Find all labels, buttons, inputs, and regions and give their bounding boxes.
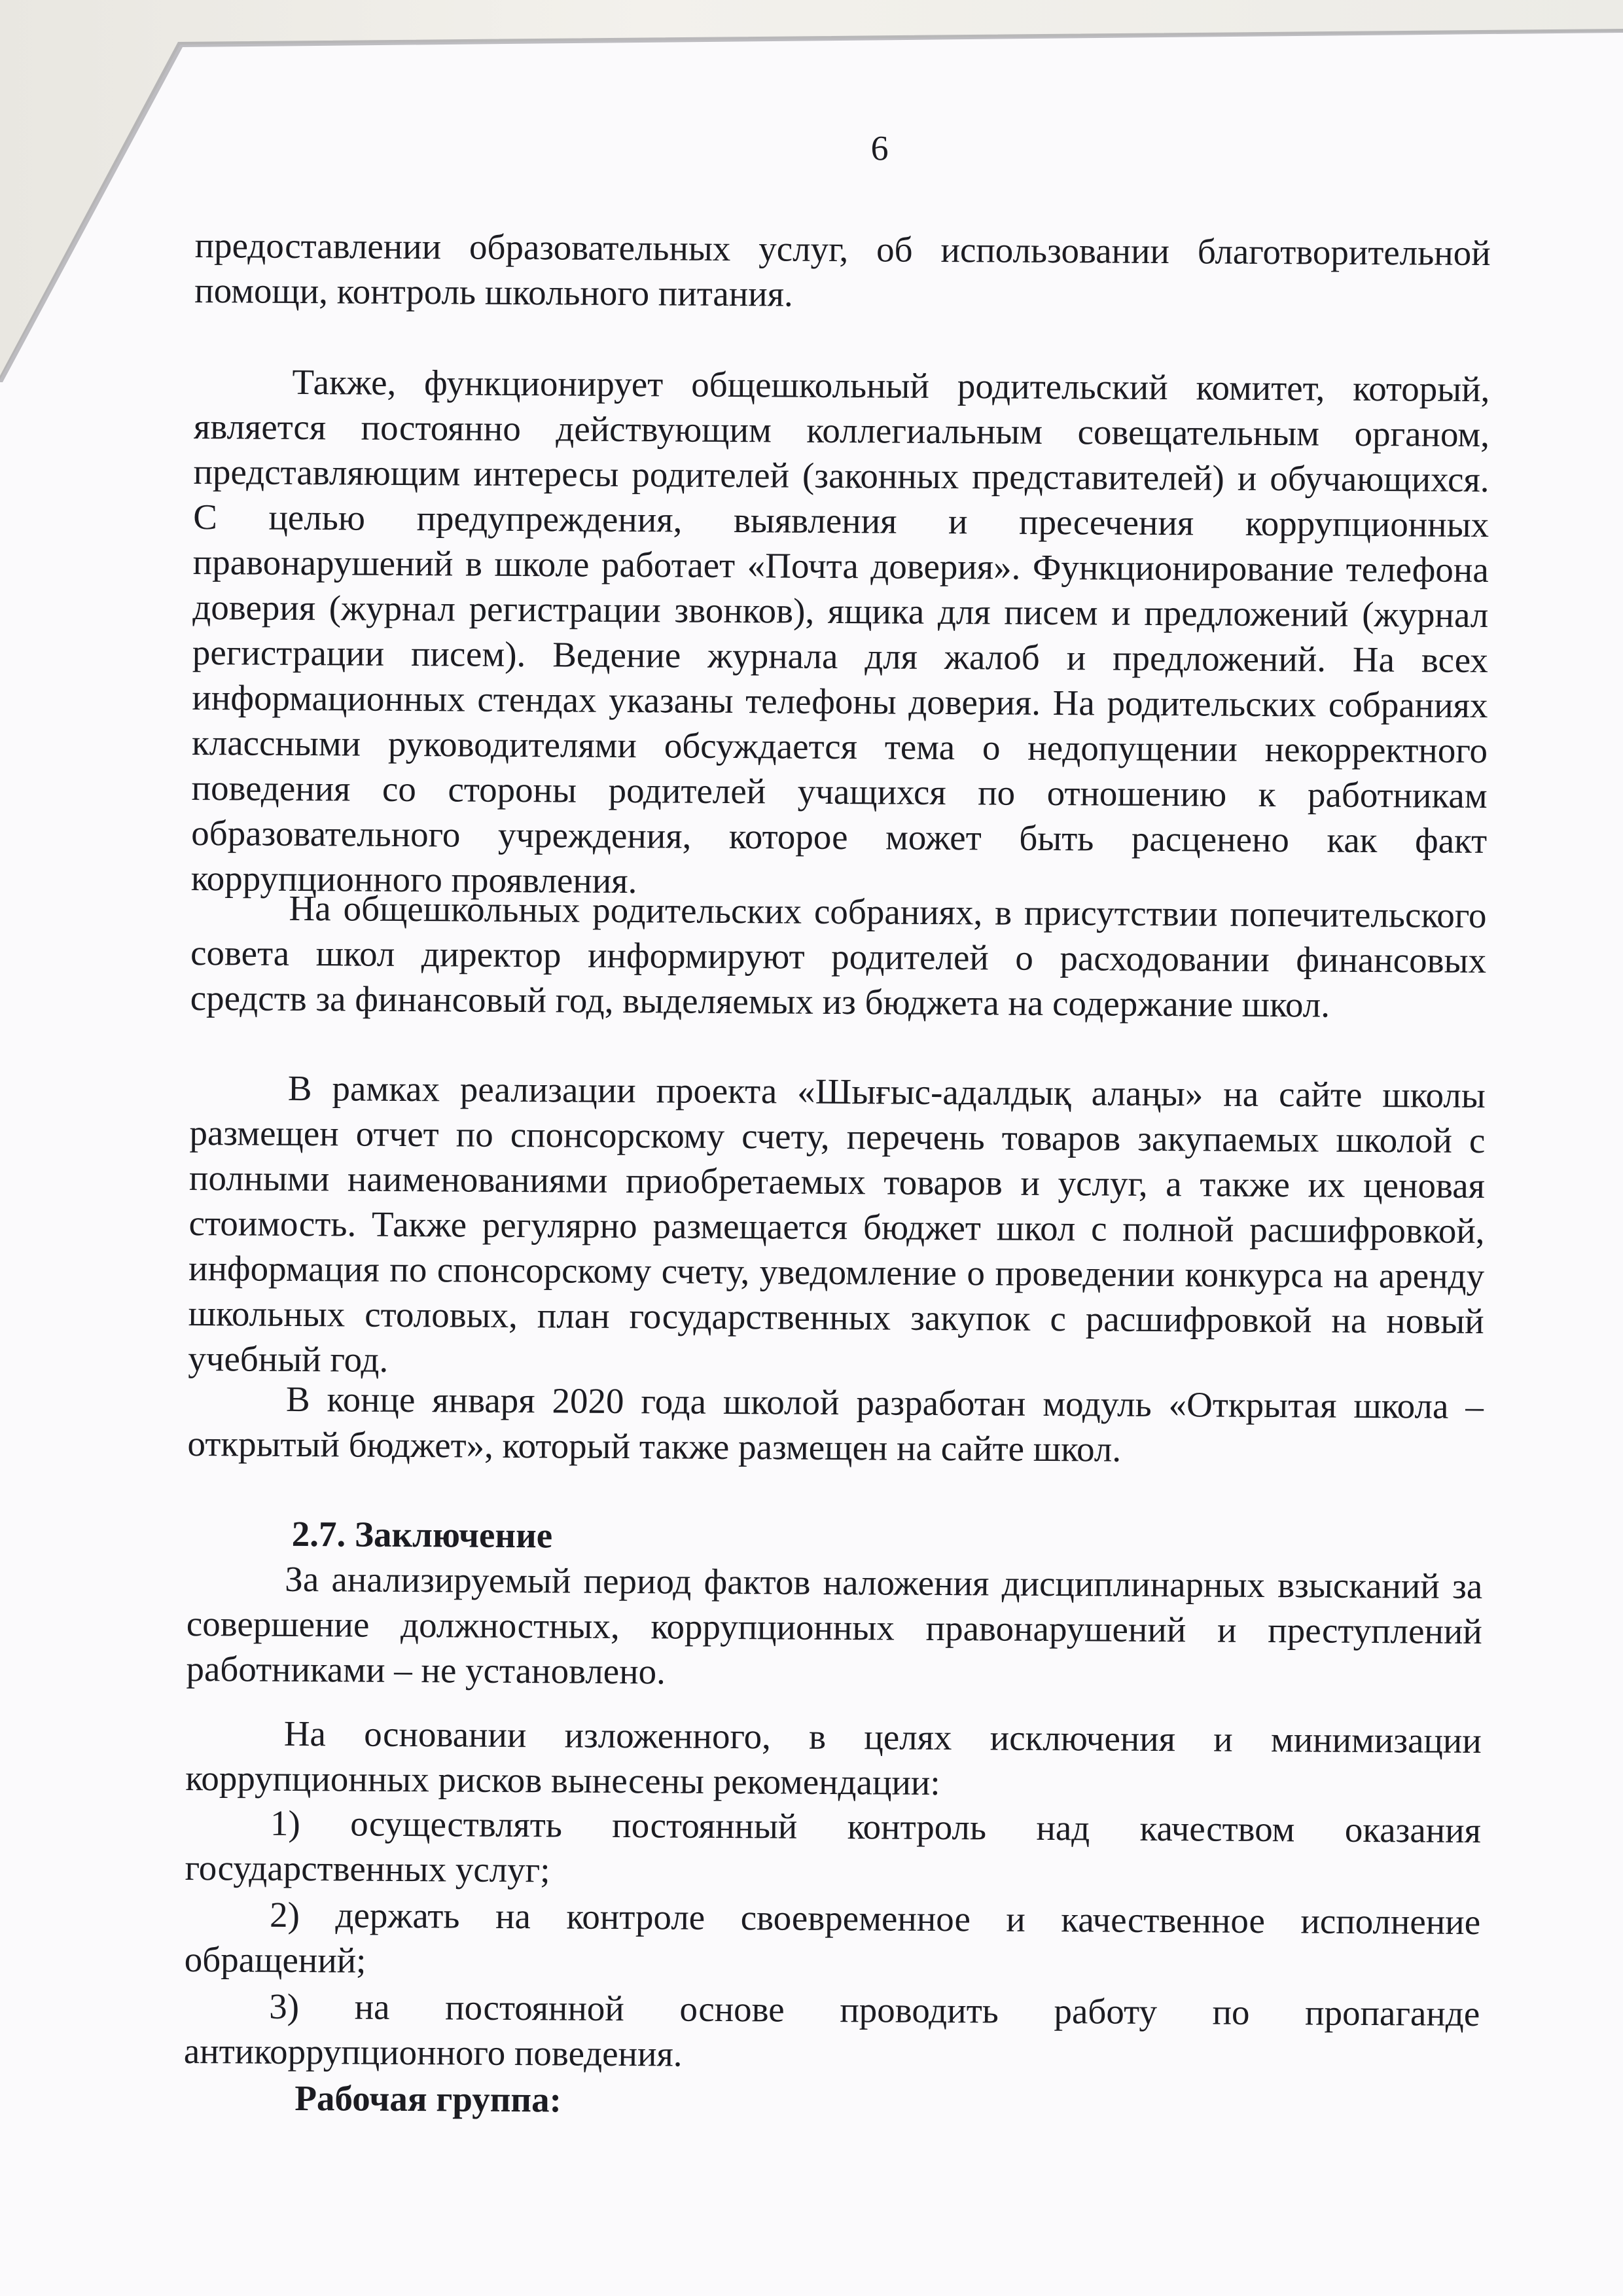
page-number: 6 — [870, 128, 888, 168]
paragraph-project: В рамках реализации проекта «Шығыс-адалд… — [188, 1065, 1486, 1389]
paragraph-open-school: В конце января 2020 года школой разработ… — [187, 1376, 1484, 1474]
paragraph-conclusion-findings: За анализируемый период фактов наложения… — [186, 1556, 1482, 1699]
section-heading-conclusion: 2.7. Заключение — [291, 1511, 552, 1558]
paragraph-parent-committee: Также, функционирует общешкольный родите… — [191, 359, 1490, 908]
paragraph-parent-meetings: На общешкольных родительских собраниях, … — [190, 885, 1486, 1028]
working-group-label: Рабочая группа: — [294, 2075, 562, 2122]
paragraph-recommendations-intro: На основании изложенного, в целях исключ… — [185, 1710, 1482, 1808]
recommendation-item-3: 3) на постоянной основе проводить работу… — [184, 1983, 1480, 2081]
recommendation-item-1: 1) осуществлять постоянный контроль над … — [185, 1800, 1481, 1898]
paragraph-services: предоставлении образовательных услуг, об… — [194, 223, 1491, 321]
recommendation-item-2: 2) держать на контроле своевременное и к… — [185, 1892, 1481, 1990]
document-page: 6 предоставлении образовательных услуг, … — [0, 0, 1623, 2296]
